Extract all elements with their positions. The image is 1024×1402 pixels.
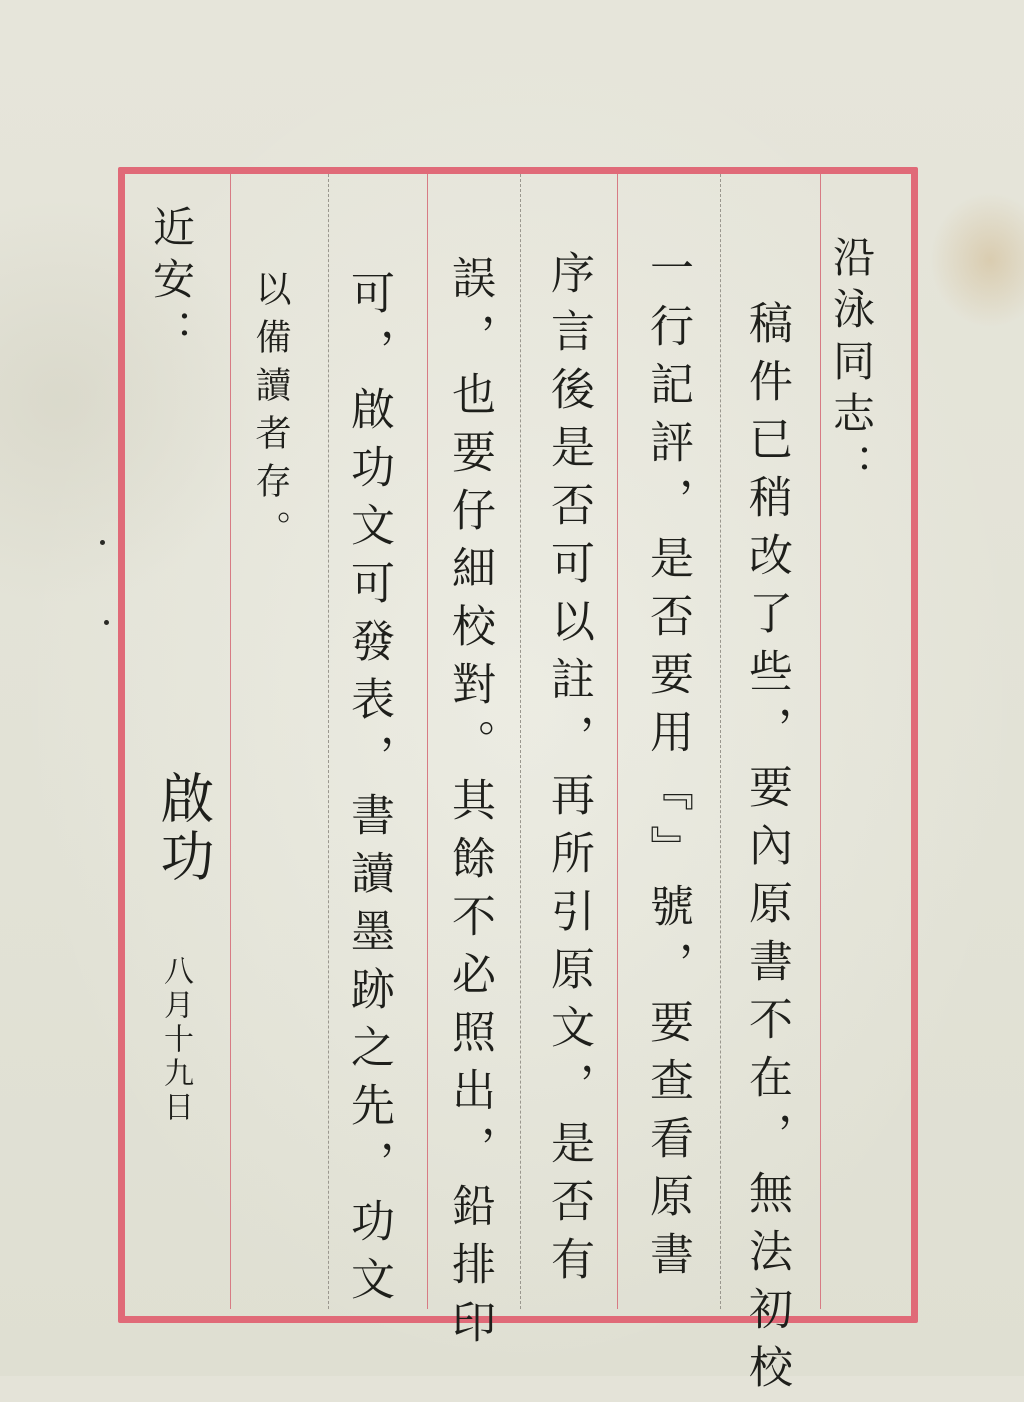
ink-speck	[100, 540, 105, 545]
signature: 啟功	[156, 770, 210, 886]
body-line-6: 以備讀者存。	[252, 270, 288, 558]
body-line-5: 可，啟功文可發表，書讀墨跡之先，功文	[346, 270, 390, 1314]
column-rule	[520, 174, 521, 1309]
column-rule	[328, 174, 329, 1309]
column-rule	[820, 174, 821, 1309]
ink-speck	[104, 620, 109, 625]
body-line-2: 一行記評，是否要用『』號，要查看原書	[645, 245, 689, 1289]
red-border-frame	[118, 167, 918, 1323]
column-rule	[720, 174, 721, 1309]
date: 八月十九日	[160, 955, 190, 1125]
closing: 近安：	[150, 205, 192, 361]
column-rule	[427, 174, 428, 1309]
column-rule	[617, 174, 618, 1309]
column-rule	[230, 174, 231, 1309]
body-line-1: 稿件已稍改了些，要內原書不在，無法初校	[744, 300, 788, 1376]
letter-paper: 沿泳同志： 稿件已稍改了些，要內原書不在，無法初校 一行記評，是否要用『』號，要…	[0, 0, 1024, 1376]
body-line-3: 序言後是否可以註，再所引原文，是否有	[546, 250, 590, 1294]
body-line-4: 誤，也要仔細校對。其餘不必照出，鉛排印	[447, 255, 491, 1357]
salutation: 沿泳同志：	[830, 235, 872, 495]
